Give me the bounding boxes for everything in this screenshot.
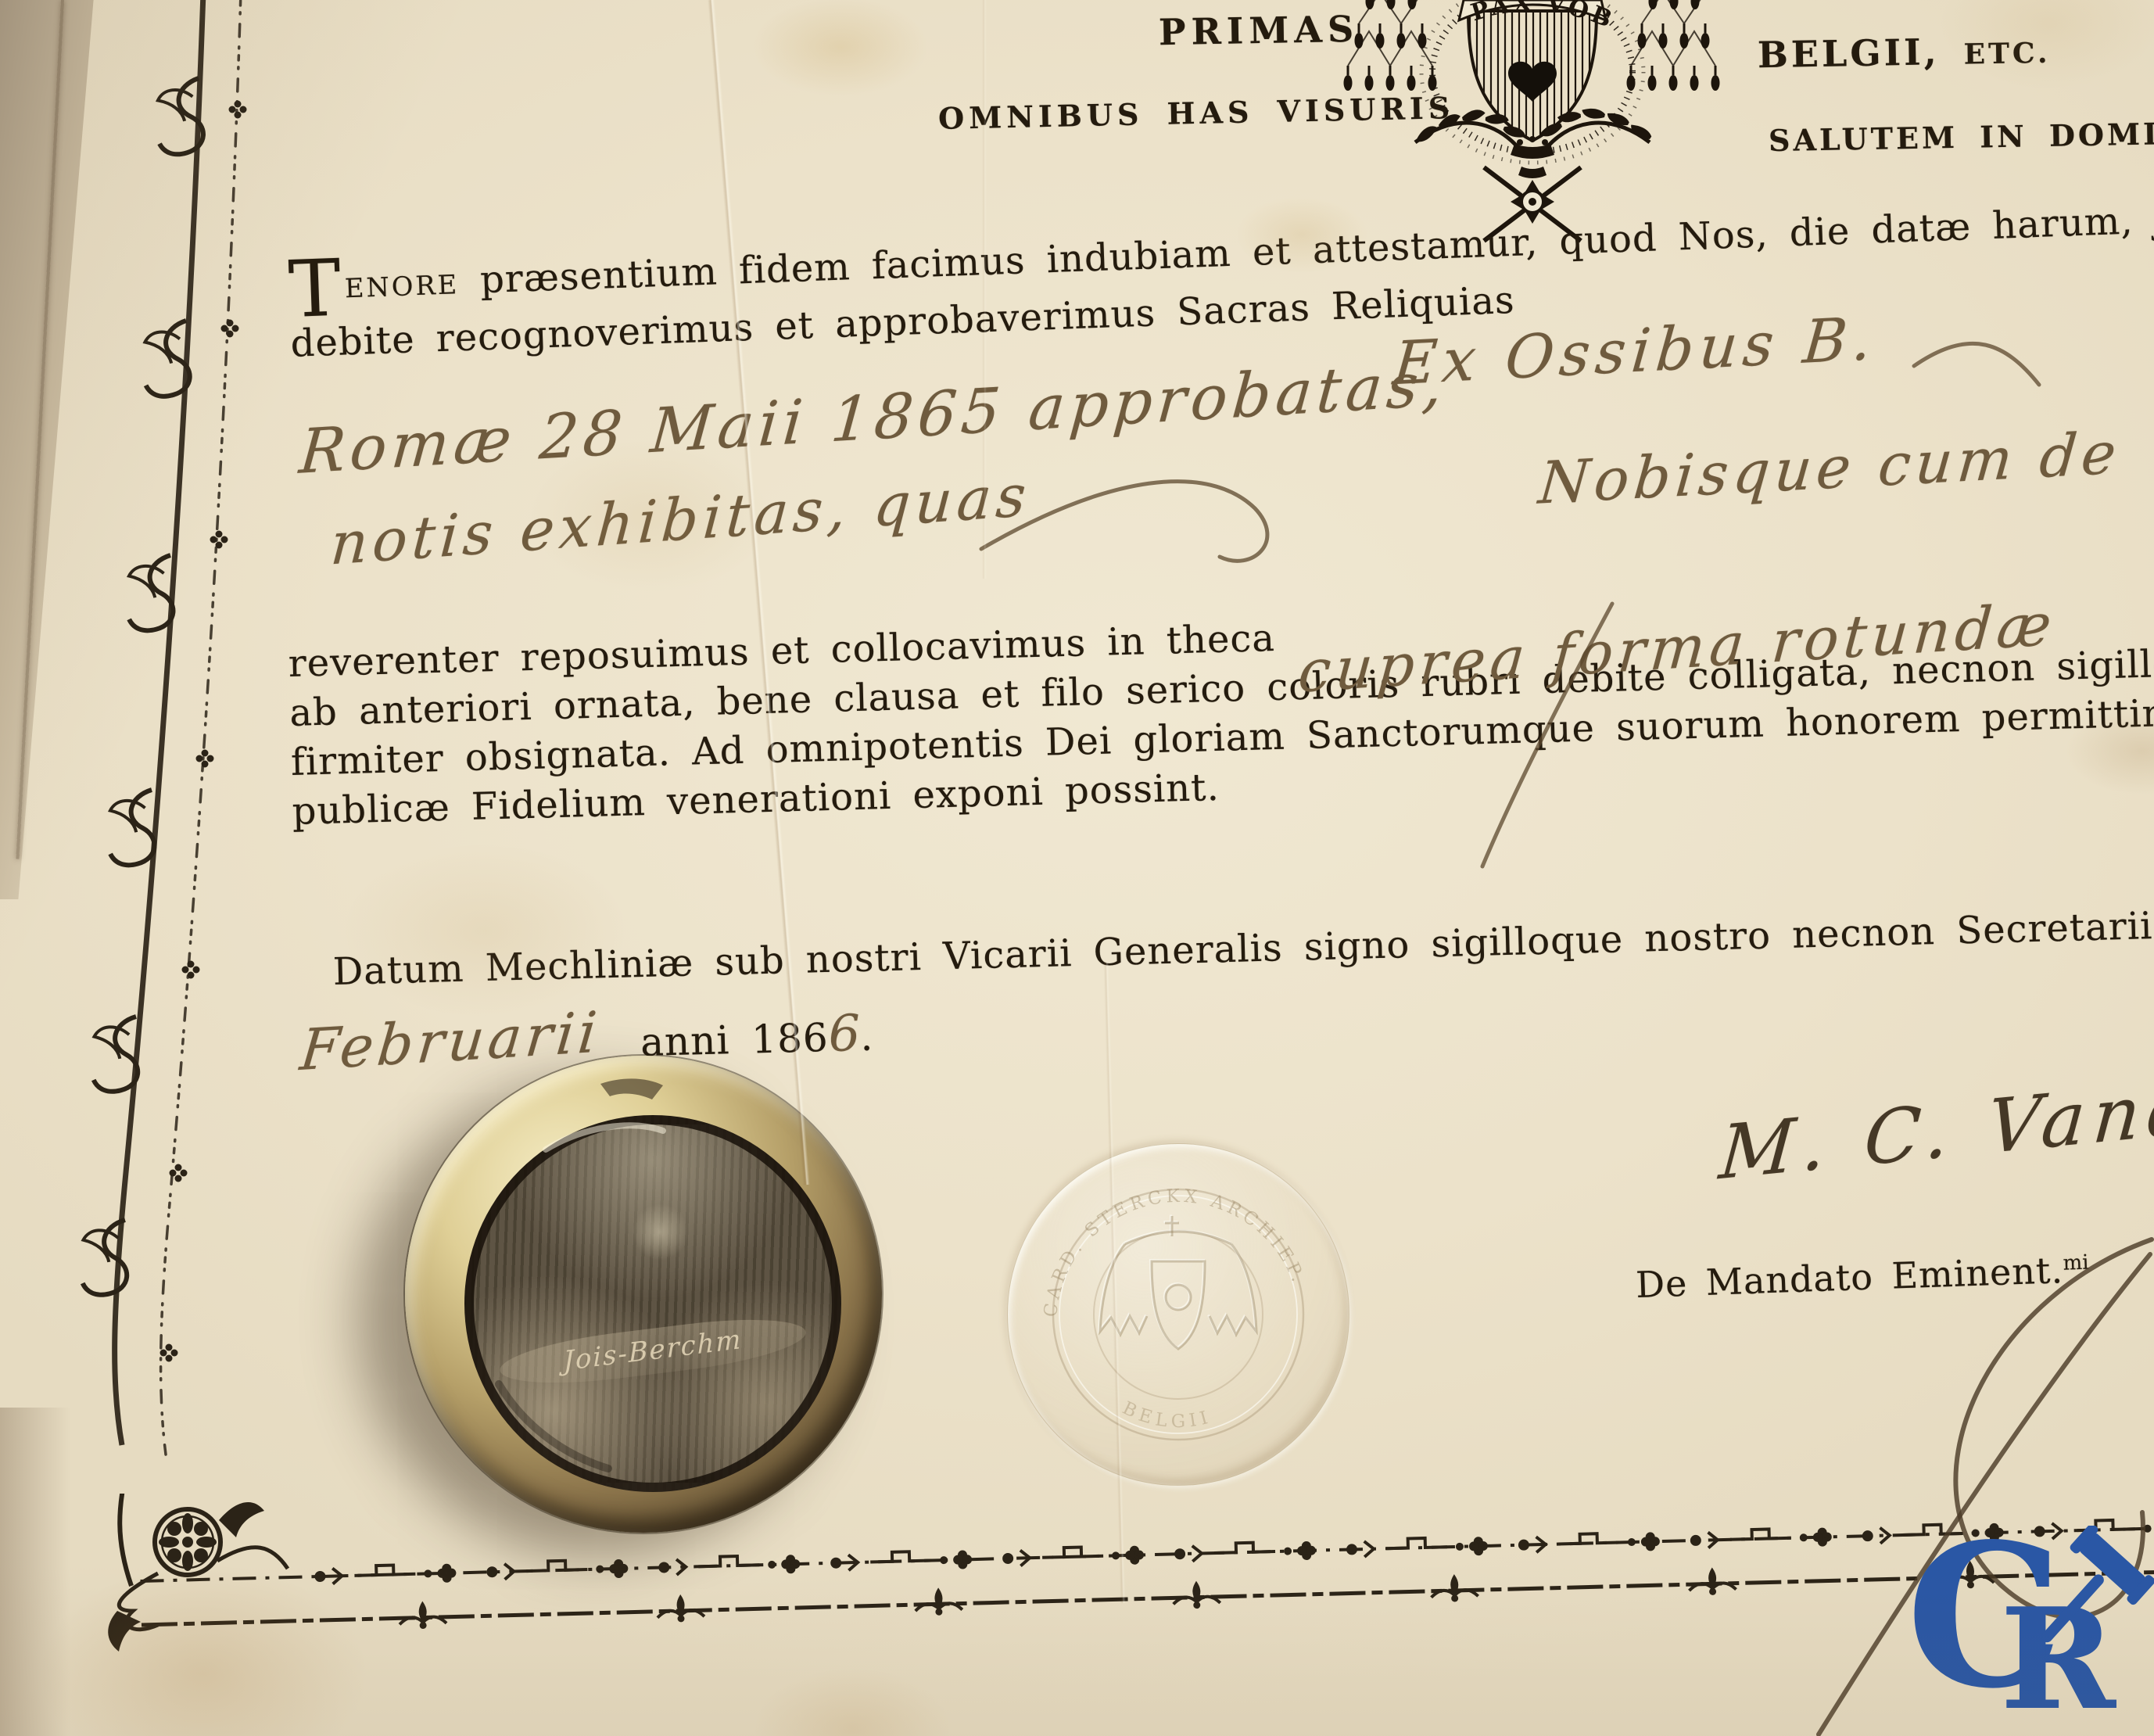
flourish-after-quas bbox=[981, 482, 1267, 561]
relic-seal: Jois-Berchm bbox=[405, 1056, 882, 1533]
svg-text:BELGII: BELGII bbox=[1120, 1398, 1215, 1432]
document-photo: PRIMAS BELGII, ETC. OMNIBUS HAS VISURIS … bbox=[0, 0, 2154, 1736]
flourish-after-ossibus bbox=[1914, 343, 2039, 385]
embossed-seal: CARD. STERCKX ARCHIEP. BELGII bbox=[1007, 1143, 1349, 1486]
relic-seal-details bbox=[405, 1056, 882, 1533]
auction-watermark: C R bbox=[1906, 1544, 2154, 1736]
flourish-descender bbox=[1482, 604, 1612, 866]
embossed-seal-art: CARD. STERCKX ARCHIEP. BELGII bbox=[1008, 1144, 1349, 1485]
svg-text:CARD. STERCKX ARCHIEP.: CARD. STERCKX ARCHIEP. bbox=[1041, 1186, 1309, 1318]
embossed-arc-bottom-text: BELGII bbox=[1120, 1398, 1215, 1432]
embossed-arc-top-text: CARD. STERCKX ARCHIEP. bbox=[1041, 1186, 1309, 1318]
gavel-icon bbox=[2022, 1526, 2154, 1666]
